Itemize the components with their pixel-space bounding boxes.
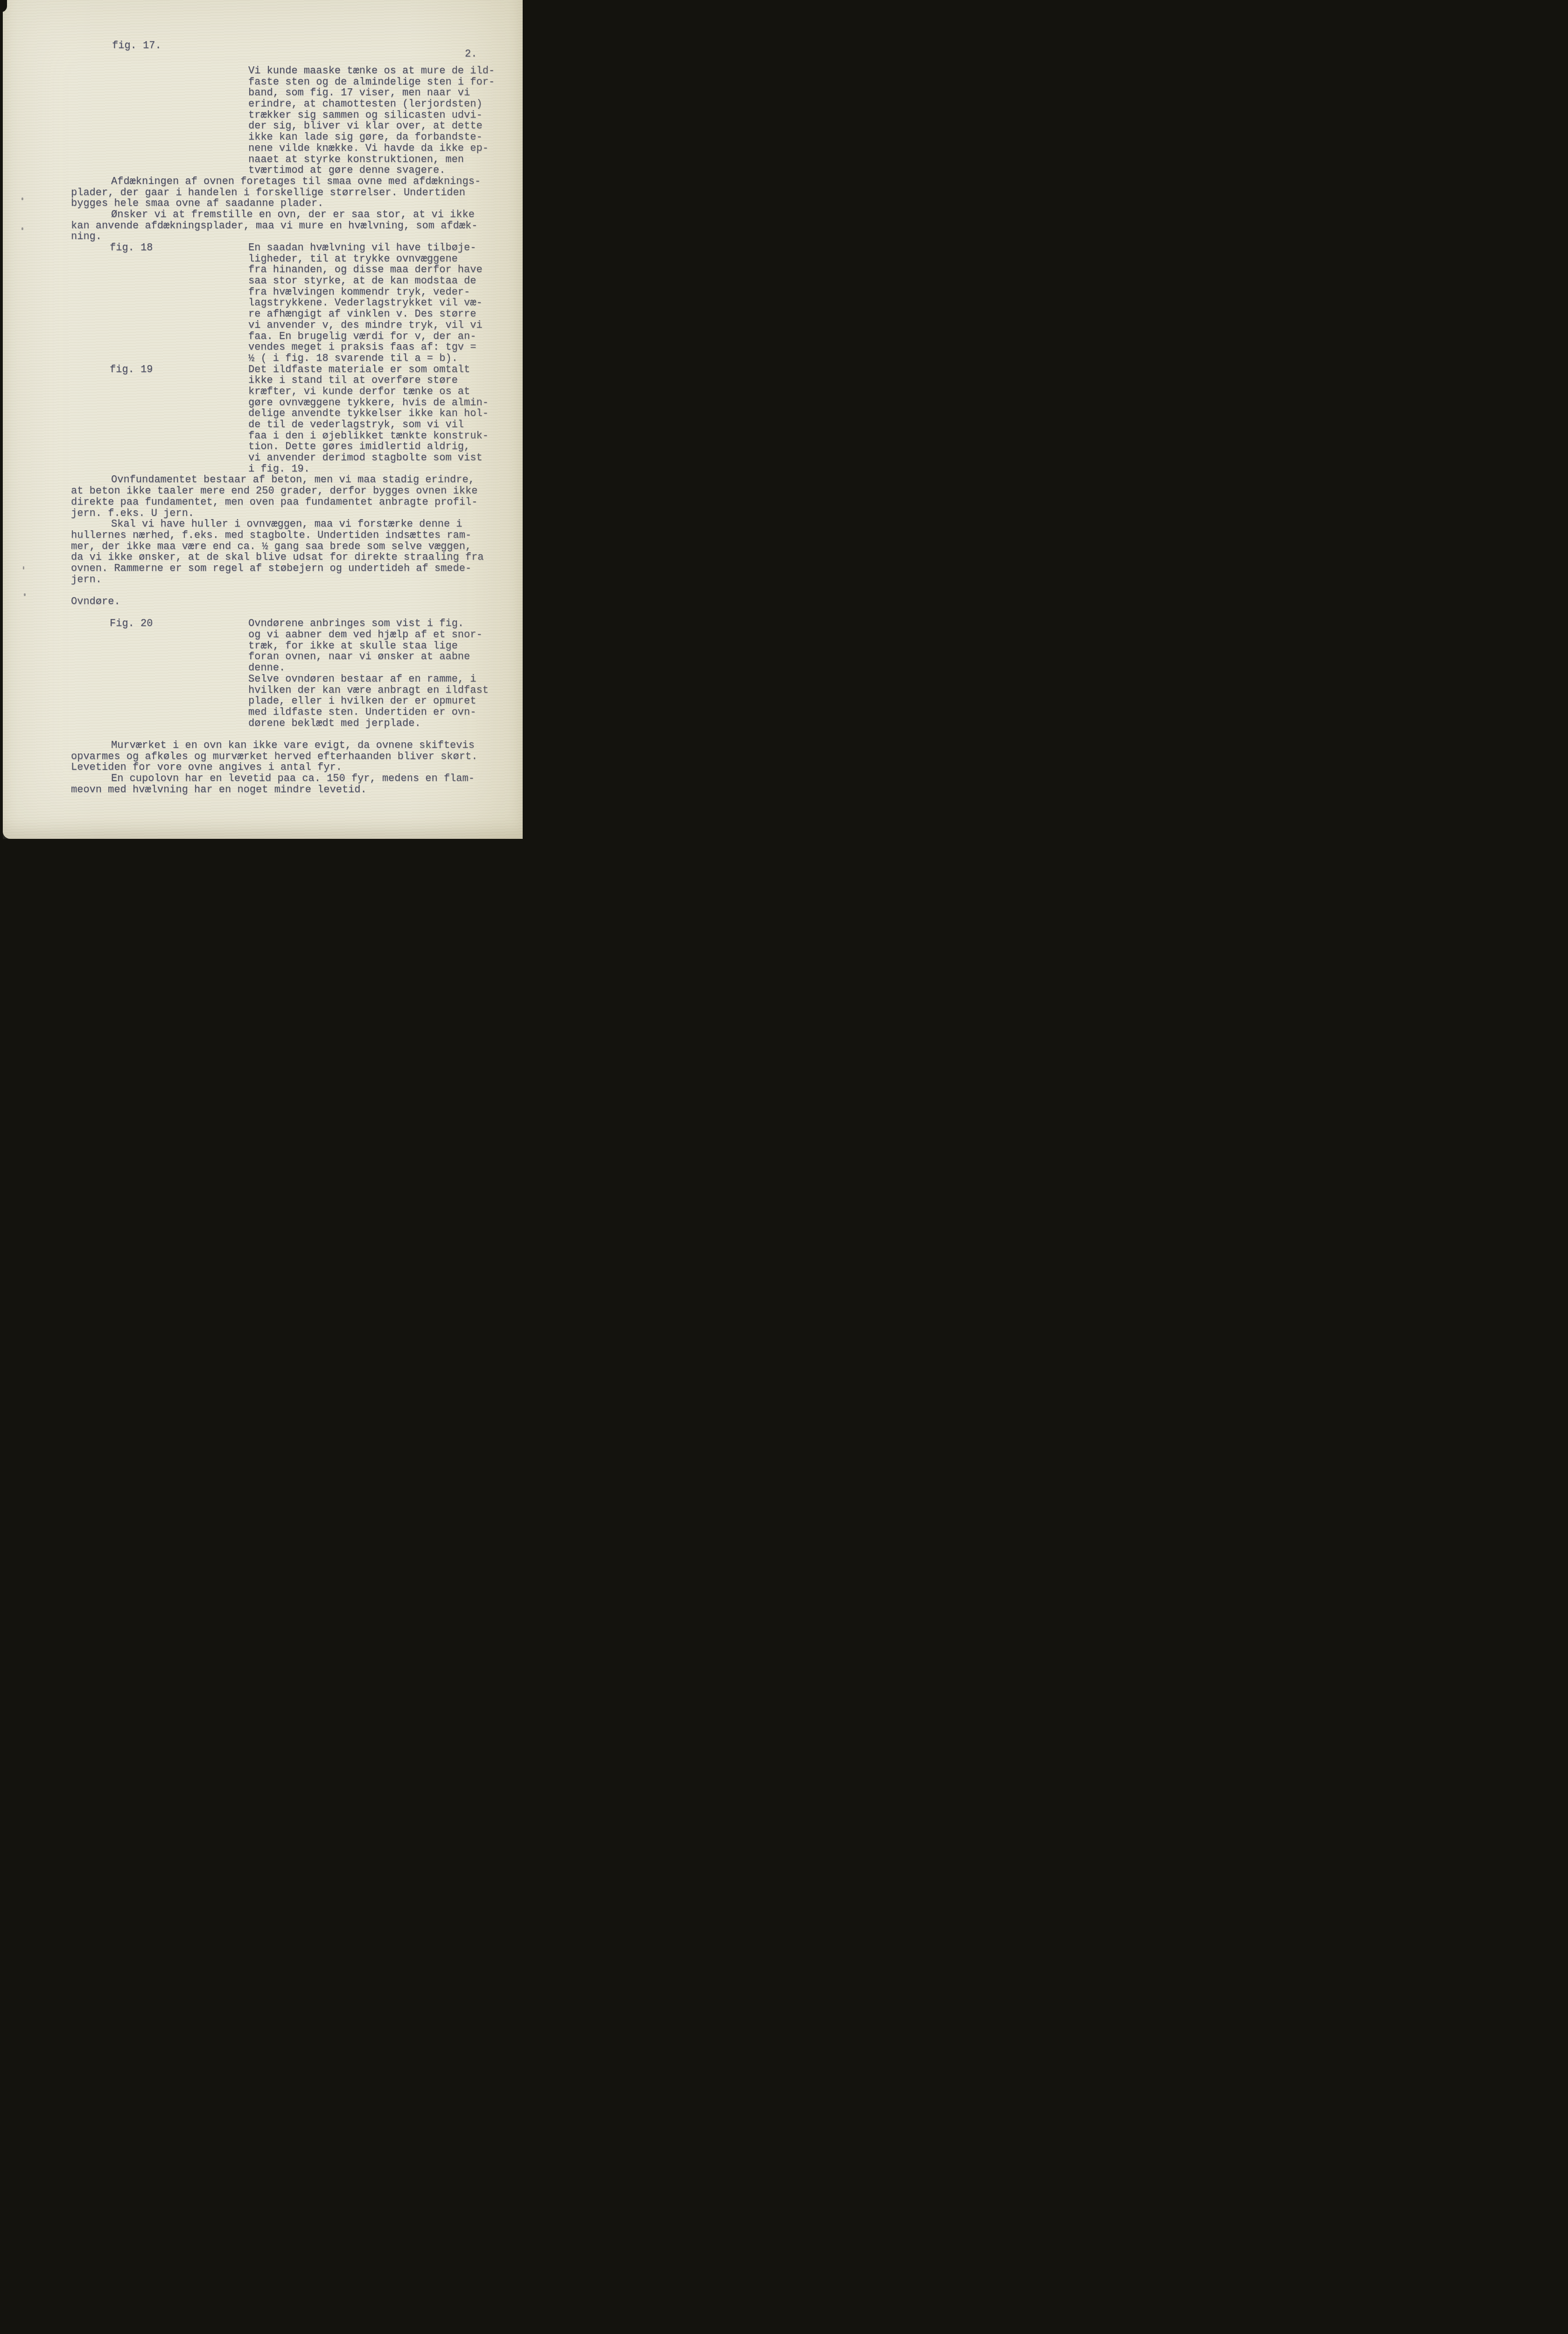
typed-line-text: gøre ovnvæggene tykkere, hvis de almin-	[248, 397, 489, 408]
typed-line-text: de til de vederlagstryk, som vi vil	[248, 419, 464, 430]
typed-line-text: jern. f.eks. U jern.	[71, 508, 194, 519]
typed-line: ligheder, til at trykke ovnvæggene	[71, 253, 508, 265]
typed-line: plader, der gaar i handelen i forskellig…	[71, 187, 508, 198]
typed-line-text: saa stor styrke, at de kan modstaa de	[248, 275, 476, 287]
typed-line-text: Afdækningen af ovnen foretages til smaa …	[111, 176, 481, 187]
typed-line-text: lagstrykkene. Vederlagstrykket vil væ-	[248, 297, 483, 309]
typed-line: saa stor styrke, at de kan modstaa de	[71, 275, 508, 287]
typed-line-text: Levetiden for vore ovne angives i antal …	[71, 762, 342, 773]
typed-line-text: vi anvender derimod stagbolte som vist	[248, 452, 483, 464]
typed-line-text: erindre, at chamottesten (lerjordsten)	[248, 98, 483, 110]
typed-line-text: Det ildfaste materiale er som omtalt	[248, 364, 470, 375]
scan-speck	[21, 227, 23, 230]
figure-label: Fig. 20	[110, 618, 153, 629]
typed-line: Levetiden for vore ovne angives i antal …	[71, 762, 508, 773]
typed-line: og vi aabner dem ved hjælp af et snor-	[71, 629, 508, 640]
typed-line-text: band, som fig. 17 viser, men naar vi	[248, 87, 470, 98]
typed-line: denne.	[71, 662, 508, 674]
typed-line: direkte paa fundamentet, men oven paa fu…	[71, 497, 508, 508]
typed-line-text: med ildfaste sten. Undertiden er ovn-	[248, 707, 476, 718]
typed-line-text: naaet at styrke konstruktionen, men	[248, 154, 464, 165]
typed-line: ikke i stand til at overføre støre	[71, 375, 508, 386]
typed-line: kræfter, vi kunde derfor tænke os at	[71, 386, 508, 397]
figure-17-label: fig. 17.	[112, 40, 161, 51]
typed-line: delige anvendte tykkelser ikke kan hol-	[71, 408, 508, 419]
typed-line-text: Ønsker vi at fremstille en ovn, der er s…	[111, 209, 475, 220]
typed-line-text: kan anvende afdækningsplader, maa vi mur…	[71, 220, 477, 232]
typed-line-text: denne.	[248, 662, 285, 674]
typed-line: fig. 18En saadan hvælvning vil have tilb…	[71, 242, 508, 253]
typed-line-text: fra hinanden, og disse maa derfor have	[248, 264, 483, 275]
typed-line-text: Selve ovndøren bestaar af en ramme, i	[248, 674, 476, 685]
typed-line-text: Ovnfundamentet bestaar af beton, men vi …	[111, 474, 475, 485]
typed-line: nene vilde knække. Vi havde da ikke ep-	[71, 143, 508, 154]
typed-line-text: ning.	[71, 231, 102, 242]
typed-line: tion. Dette gøres imidlertid aldrig,	[71, 441, 508, 452]
typed-line-text: fra hvælvingen kommendr tryk, veder-	[248, 287, 470, 298]
typed-line-text: foran ovnen, naar vi ønsker at aabne	[248, 651, 470, 662]
typed-line: tværtimod at gøre denne svagere.	[71, 165, 508, 176]
typed-line-text: ikke kan lade sig gøre, da forbandste-	[248, 132, 483, 143]
typed-line-text: og vi aabner dem ved hjælp af et snor-	[248, 629, 483, 640]
typed-line: bygges hele smaa ovne af saadanne plader…	[71, 198, 508, 209]
typed-line: ovnen. Rammerne er som regel af støbejer…	[71, 563, 508, 574]
typed-line-text: tværtimod at gøre denne svagere.	[248, 165, 445, 176]
typed-line-text: Vi kunde maaske tænke os at mure de ild-	[248, 65, 495, 77]
typed-line: ikke kan lade sig gøre, da forbandste-	[71, 132, 508, 143]
typed-line-text: dørene beklædt med jerplade.	[248, 718, 421, 729]
typed-line-text: ikke i stand til at overføre støre	[248, 375, 458, 386]
typed-text-area: Vi kunde maaske tænke os at mure de ild-…	[71, 65, 508, 795]
typed-line-text: vi anvender v, des mindre tryk, vil vi	[248, 320, 483, 331]
figure-label: fig. 18	[110, 242, 153, 253]
typed-line: Vi kunde maaske tænke os at mure de ild-	[71, 65, 508, 77]
typed-line-text: trækker sig sammen og silicasten udvi-	[248, 110, 483, 121]
typed-line-text: jern.	[71, 574, 102, 585]
typed-line-text: opvarmes og afkøles og murværket herved …	[71, 751, 477, 762]
figure-label: fig. 19	[110, 364, 153, 375]
typed-line: fra hinanden, og disse maa derfor have	[71, 264, 508, 275]
typed-line-text: hvilken der kan være anbragt en ildfast	[248, 685, 489, 696]
typed-line: naaet at styrke konstruktionen, men	[71, 154, 508, 165]
typed-line: Fig. 20Ovndørene anbringes som vist i fi…	[71, 618, 508, 629]
typed-line-text: meovn med hvælvning har en noget mindre …	[71, 784, 367, 795]
typed-line: hullernes nærhed, f.eks. med stagbolte. …	[71, 530, 508, 541]
scan-speck	[21, 197, 23, 200]
typed-line: plade, eller i hvilken der er opmuret	[71, 696, 508, 707]
typed-line	[71, 729, 508, 740]
typed-line: hvilken der kan være anbragt en ildfast	[71, 685, 508, 696]
typed-line: fra hvælvingen kommendr tryk, veder-	[71, 287, 508, 298]
typed-line: at beton ikke taaler mere end 250 grader…	[71, 485, 508, 497]
typed-line: Murværket i en ovn kan ikke vare evigt, …	[71, 740, 508, 751]
typed-line: Afdækningen af ovnen foretages til smaa …	[71, 176, 508, 187]
typed-line: Ovnfundamentet bestaar af beton, men vi …	[71, 474, 508, 485]
typed-line-text: træk, for ikke at skulle staa lige	[248, 640, 458, 652]
typed-line-text: ovnen. Rammerne er som regel af støbejer…	[71, 563, 471, 574]
typed-line-text: plader, der gaar i handelen i forskellig…	[71, 187, 465, 198]
typed-line: gøre ovnvæggene tykkere, hvis de almin-	[71, 397, 508, 408]
typed-line-text: kræfter, vi kunde derfor tænke os at	[248, 386, 470, 397]
typed-line-text: ½ ( i fig. 18 svarende til a = b).	[248, 353, 458, 364]
typed-line: Selve ovndøren bestaar af en ramme, i	[71, 674, 508, 685]
typed-line: da vi ikke ønsker, at de skal blive udsa…	[71, 552, 508, 563]
typed-line-text: faa. En brugelig værdi for v, der an-	[248, 331, 476, 342]
typed-line: træk, for ikke at skulle staa lige	[71, 640, 508, 652]
typed-line-text: hullernes nærhed, f.eks. med stagbolte. …	[71, 530, 471, 541]
typed-line-text: der sig, bliver vi klar over, at dette	[248, 120, 483, 132]
typed-line-text: Ovndøre.	[71, 596, 120, 607]
typed-line: vi anvender derimod stagbolte som vist	[71, 452, 508, 464]
typed-line-text: i fig. 19.	[248, 464, 310, 475]
typed-line: opvarmes og afkøles og murværket herved …	[71, 751, 508, 762]
typed-line: der sig, bliver vi klar over, at dette	[71, 120, 508, 132]
typed-line-text: delige anvendte tykkelser ikke kan hol-	[248, 408, 489, 419]
typed-line-text: da vi ikke ønsker, at de skal blive udsa…	[71, 552, 484, 563]
typed-line: En cupolovn har en levetid paa ca. 150 f…	[71, 773, 508, 784]
page-number: 2.	[465, 49, 477, 60]
typed-line: de til de vederlagstryk, som vi vil	[71, 419, 508, 430]
typed-line: i fig. 19.	[71, 464, 508, 475]
typed-line: jern.	[71, 574, 508, 585]
typed-line: meovn med hvælvning har en noget mindre …	[71, 784, 508, 795]
typed-line-text: Ovndørene anbringes som vist i fig.	[248, 618, 464, 629]
typed-line: vendes meget i praksis faas af: tgv =	[71, 342, 508, 353]
typed-line-text: En cupolovn har en levetid paa ca. 150 f…	[111, 773, 475, 784]
typed-line-text: nene vilde knække. Vi havde da ikke ep-	[248, 143, 489, 154]
typed-line: ning.	[71, 231, 508, 242]
typed-line-text: Murværket i en ovn kan ikke vare evigt, …	[111, 740, 475, 751]
typed-line-text: tion. Dette gøres imidlertid aldrig,	[248, 441, 470, 452]
typed-line: foran ovnen, naar vi ønsker at aabne	[71, 651, 508, 662]
typed-line: mer, der ikke maa være end ca. ½ gang sa…	[71, 541, 508, 552]
scan-speck	[24, 593, 26, 596]
typed-line-text: ligheder, til at trykke ovnvæggene	[248, 253, 458, 265]
typed-line: faste sten og de almindelige sten i for-	[71, 77, 508, 88]
typed-line: erindre, at chamottesten (lerjordsten)	[71, 98, 508, 110]
typed-line-text: faste sten og de almindelige sten i for-	[248, 77, 495, 88]
typed-line: lagstrykkene. Vederlagstrykket vil væ-	[71, 297, 508, 309]
typed-line-text: faa i den i øjeblikket tænkte konstruk-	[248, 430, 489, 442]
typed-line-text: vendes meget i praksis faas af: tgv =	[248, 342, 476, 353]
typed-line: Ovndøre.	[71, 596, 508, 607]
typed-line: Skal vi have huller i ovnvæggen, maa vi …	[71, 519, 508, 530]
typed-line	[71, 585, 508, 596]
typed-line: re afhængigt af vinklen v. Des større	[71, 309, 508, 320]
typed-line: kan anvende afdækningsplader, maa vi mur…	[71, 220, 508, 232]
typed-line: med ildfaste sten. Undertiden er ovn-	[71, 707, 508, 718]
typed-line-text: re afhængigt af vinklen v. Des større	[248, 309, 476, 320]
scan-speck	[23, 566, 24, 569]
typed-line: ½ ( i fig. 18 svarende til a = b).	[71, 353, 508, 364]
typed-line: trækker sig sammen og silicasten udvi-	[71, 110, 508, 121]
typed-line: jern. f.eks. U jern.	[71, 508, 508, 519]
typed-line: fig. 19Det ildfaste materiale er som omt…	[71, 364, 508, 375]
typed-line: vi anvender v, des mindre tryk, vil vi	[71, 320, 508, 331]
typed-line-text: plade, eller i hvilken der er opmuret	[248, 696, 476, 707]
typed-line: Ønsker vi at fremstille en ovn, der er s…	[71, 209, 508, 220]
typed-line-text: direkte paa fundamentet, men oven paa fu…	[71, 497, 477, 508]
typed-line-text: En saadan hvælvning vil have tilbøje-	[248, 242, 476, 253]
typed-line	[71, 607, 508, 619]
typed-line-text: Skal vi have huller i ovnvæggen, maa vi …	[111, 519, 462, 530]
typed-line-text: mer, der ikke maa være end ca. ½ gang sa…	[71, 541, 471, 552]
typed-line: faa i den i øjeblikket tænkte konstruk-	[71, 430, 508, 442]
typed-line: band, som fig. 17 viser, men naar vi	[71, 87, 508, 98]
typed-line-text: at beton ikke taaler mere end 250 grader…	[71, 485, 477, 497]
typed-line: dørene beklædt med jerplade.	[71, 718, 508, 729]
typed-line-text: bygges hele smaa ovne af saadanne plader…	[71, 198, 323, 209]
typed-line: faa. En brugelig værdi for v, der an-	[71, 331, 508, 342]
